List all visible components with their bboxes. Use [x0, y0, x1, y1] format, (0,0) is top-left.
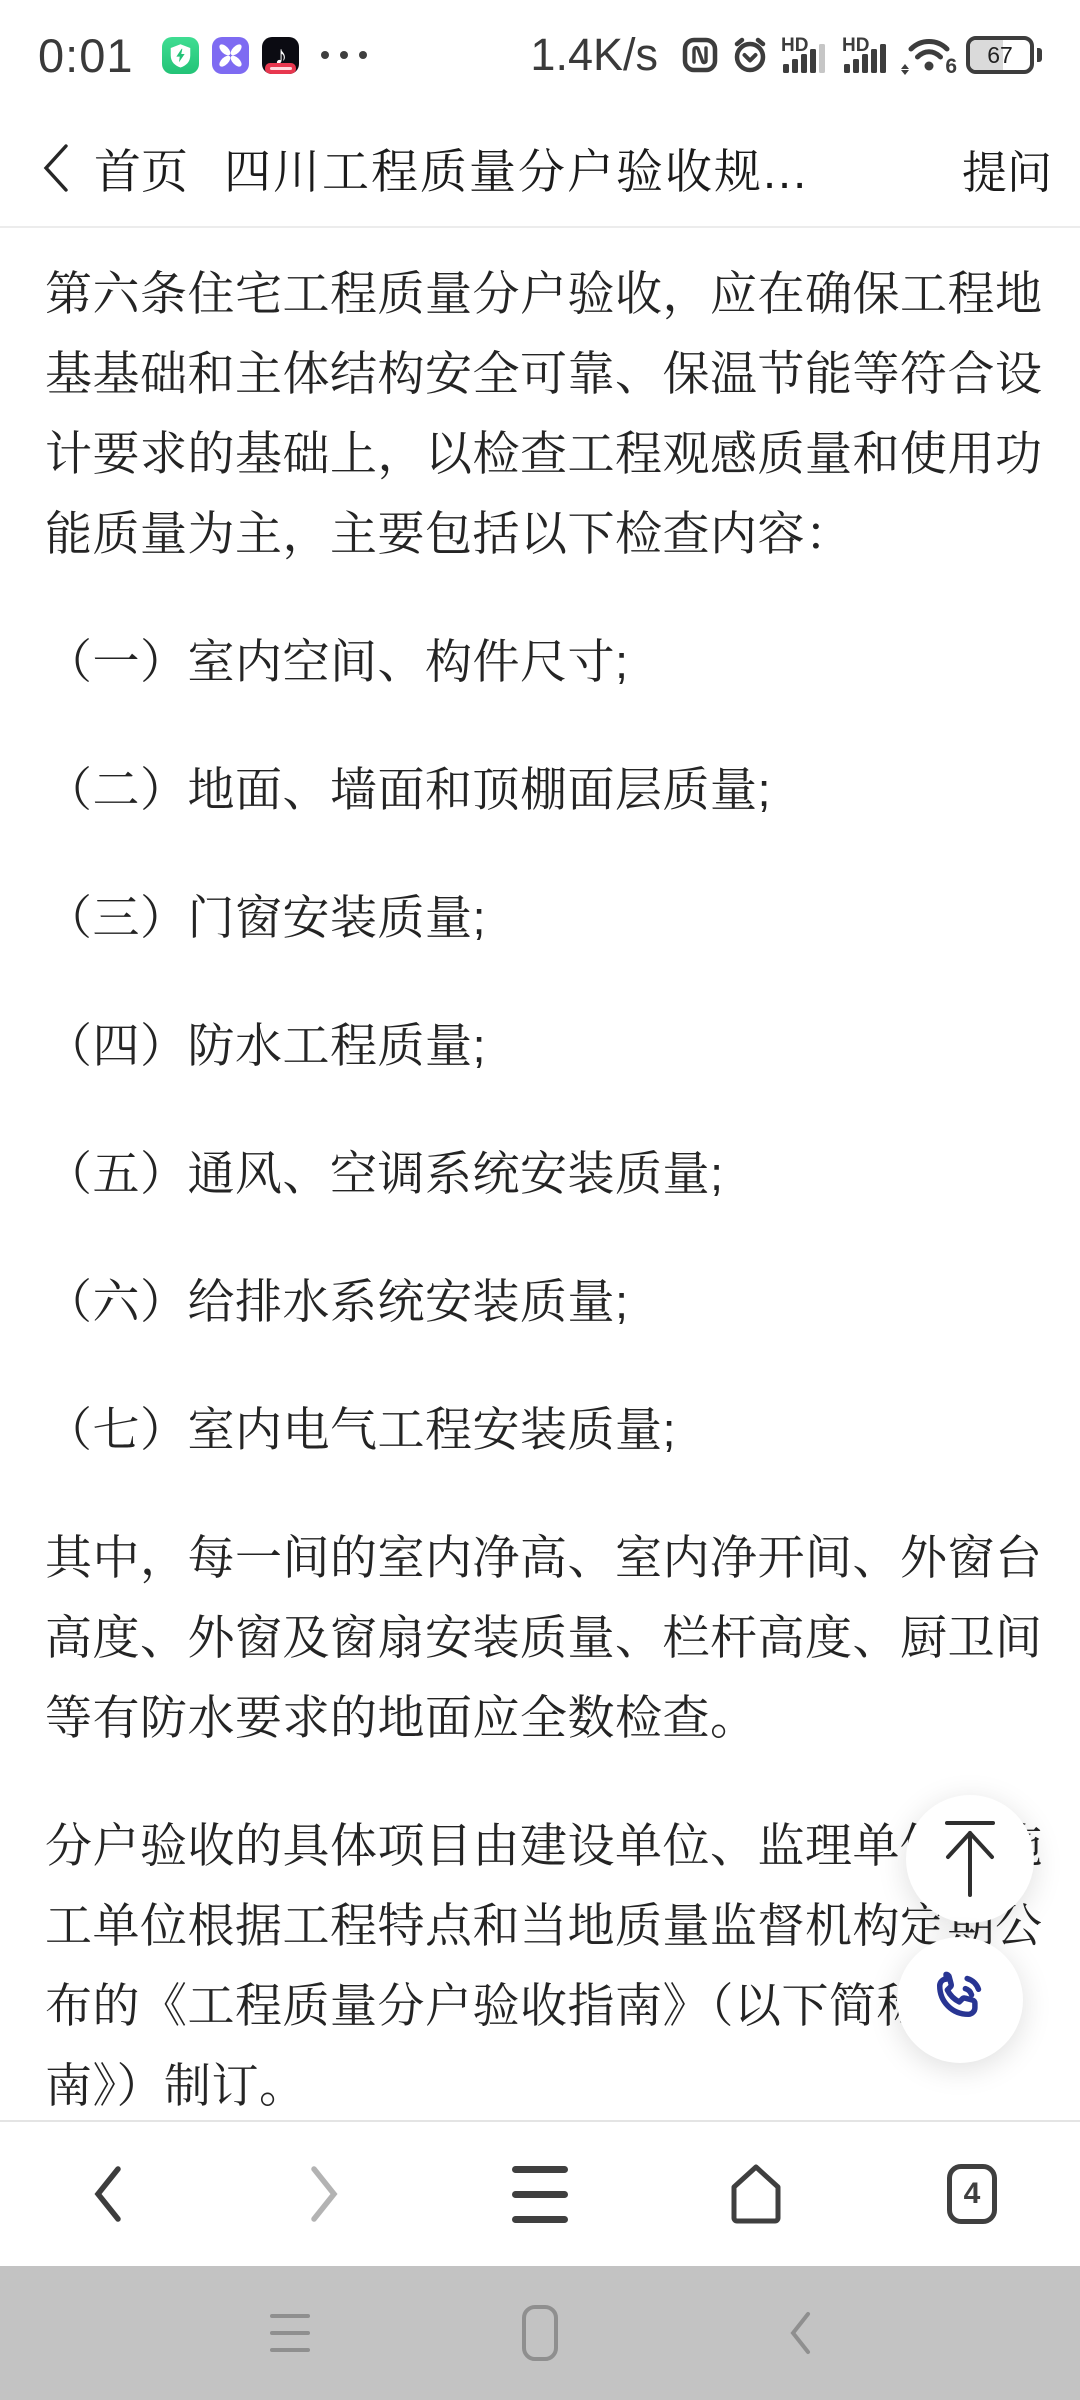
status-bar-right: 1.4K/s HD HD: [530, 29, 1042, 81]
security-app-icon: [162, 37, 199, 74]
text-line: （二）地面、墙面和顶棚面层质量;: [45, 750, 1035, 830]
list-item: （七）室内电气工程安装质量;: [45, 1390, 1035, 1470]
list-item: （四）防水工程质量;: [45, 1006, 1035, 1086]
cellular-signal-icon-sim2: HD: [842, 37, 892, 73]
browser-title-bar: 首页 四川工程质量分户验收规... 提问: [0, 110, 1080, 228]
text-line: 能质量为主，主要包括以下检查内容：: [45, 494, 1035, 574]
text-line: 基基础和主体结构安全可靠、保温节能等符合设: [45, 334, 1035, 414]
alarm-clock-icon: [730, 35, 770, 75]
status-more-dots-icon: [321, 51, 367, 59]
list-item: （一）室内空间、构件尺寸;: [45, 622, 1035, 702]
paragraph: 其中，每一间的室内净高、室内净开间、外窗台高度、外窗及窗扇安装质量、栏杆高度、厨…: [45, 1518, 1035, 1758]
ask-button[interactable]: 提问: [962, 136, 1052, 201]
text-line: （五）通风、空调系统安装质量;: [45, 1134, 1035, 1214]
back-icon[interactable]: [38, 142, 74, 194]
wifi-icon: 6: [903, 35, 955, 75]
menu-button[interactable]: [432, 2122, 648, 2266]
nav-back-button[interactable]: [0, 2122, 216, 2266]
text-line: 高度、外窗及窗扇安装质量、栏杆高度、厨卫间: [45, 1598, 1035, 1678]
list-item: （二）地面、墙面和顶棚面层质量;: [45, 750, 1035, 830]
paragraph: 分户验收的具体项目由建设单位、监理单位、施工单位根据工程特点和当地质量监督机构定…: [45, 1806, 1035, 2126]
list-item: （三）门窗安装质量;: [45, 878, 1035, 958]
recent-apps-icon: [270, 2314, 310, 2352]
list-item: （五）通风、空调系统安装质量;: [45, 1134, 1035, 1214]
system-home-icon: [522, 2305, 558, 2361]
home-link[interactable]: 首页: [94, 135, 188, 202]
nav-forward-button[interactable]: [216, 2122, 432, 2266]
text-line: 分户验收的具体项目由建设单位、监理单位、施: [45, 1806, 1035, 1886]
home-icon: [727, 2162, 785, 2226]
text-line: 其中，每一间的室内净高、室内净开间、外窗台: [45, 1518, 1035, 1598]
network-speed: 1.4K/s: [530, 29, 658, 81]
text-line: （七）室内电气工程安装质量;: [45, 1390, 1035, 1470]
text-line: （一）室内空间、构件尺寸;: [45, 622, 1035, 702]
battery-percent: 67: [987, 42, 1013, 69]
scroll-to-top-icon: [937, 1817, 1003, 1901]
text-line: 等有防水要求的地面应全数检查。: [45, 1678, 1035, 1758]
text-line: （三）门窗安装质量;: [45, 878, 1035, 958]
text-line: 计要求的基础上，以检查工程观感质量和使用功: [45, 414, 1035, 494]
paragraph: 第六条住宅工程质量分户验收，应在确保工程地基基础和主体结构安全可靠、保温节能等符…: [45, 254, 1035, 574]
nfc-icon: [681, 36, 719, 74]
call-button[interactable]: [897, 1937, 1023, 2063]
recent-apps-button[interactable]: [230, 2266, 350, 2400]
douyin-app-icon: ♪: [262, 37, 299, 74]
tab-count: 4: [964, 2177, 981, 2211]
browser-home-button[interactable]: [648, 2122, 864, 2266]
system-navigation-bar: [0, 2266, 1080, 2400]
menu-icon: [512, 2166, 568, 2223]
phone-call-icon: [929, 1969, 991, 2031]
phone-screen: 0:01 ♪ 1.4K/s: [0, 0, 1080, 2400]
tabs-button[interactable]: 4: [864, 2122, 1080, 2266]
text-line: 工单位根据工程特点和当地质量监督机构定期公: [45, 1886, 1035, 1966]
scroll-to-top-button[interactable]: [906, 1795, 1034, 1923]
page-title: 四川工程质量分户验收规...: [224, 135, 962, 202]
battery-icon: 67: [966, 36, 1034, 74]
text-line: 南》）制订。: [45, 2046, 1035, 2126]
system-home-button[interactable]: [480, 2266, 600, 2400]
status-bar: 0:01 ♪ 1.4K/s: [0, 0, 1080, 110]
text-line: （六）给排水系统安装质量;: [45, 1262, 1035, 1342]
text-line: 第六条住宅工程质量分户验收，应在确保工程地: [45, 254, 1035, 334]
browser-toolbar: 4: [0, 2120, 1080, 2266]
mi-petal-app-icon: [212, 37, 249, 74]
text-line: 布的《工程质量分户验收指南》（以下简称《指: [45, 1966, 1035, 2046]
cellular-signal-icon-sim1: HD: [781, 37, 831, 73]
list-item: （六）给排水系统安装质量;: [45, 1262, 1035, 1342]
tab-count-icon: 4: [947, 2164, 997, 2224]
text-line: （四）防水工程质量;: [45, 1006, 1035, 1086]
clock-time: 0:01: [38, 28, 133, 83]
system-back-button[interactable]: [740, 2266, 860, 2400]
douyin-ribbon: [265, 63, 296, 74]
system-back-icon: [788, 2310, 812, 2356]
